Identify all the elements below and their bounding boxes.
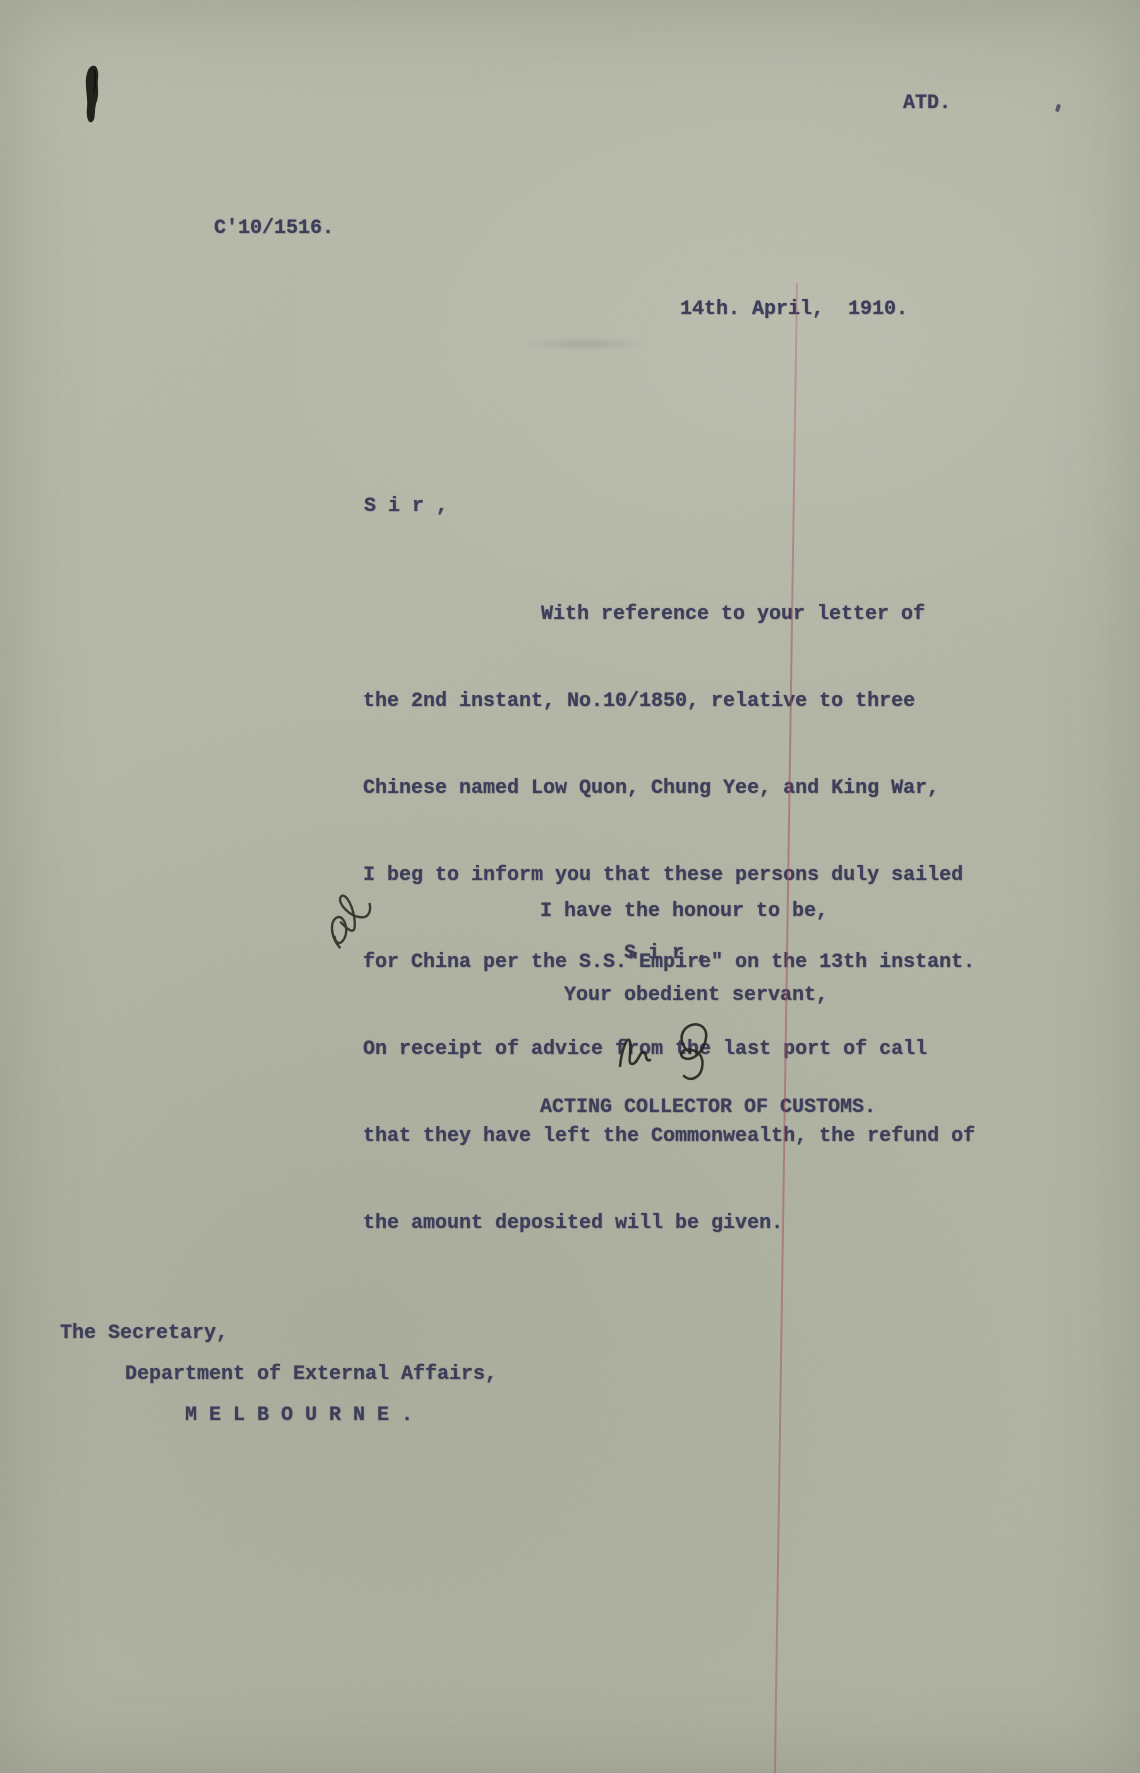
recipient-name: The Secretary, [60,1322,228,1345]
recipient-department: Department of External Affairs, [125,1363,497,1386]
body-line: Chinese named Low Quon, Chung Yee, and K… [363,768,975,809]
salutation: S i r , [364,495,448,518]
closing-honour-line: I have the honour to be, [540,900,828,923]
closing-sir-line: S i r , [624,942,708,965]
body-line: the amount deposited will be given. [363,1203,975,1244]
recipient-city: M E L B O U R N E . [185,1404,413,1427]
date-line: 14th. April, 1910. [680,298,908,321]
body-line: I beg to inform you that these persons d… [363,855,975,896]
body-line: the 2nd instant, No.10/1850, relative to… [363,681,975,722]
ink-blot [80,64,110,126]
stray-ink-dot [1055,104,1061,113]
signoff-title: ACTING COLLECTOR OF CUSTOMS. [540,1096,876,1119]
ink-smudge [520,336,650,352]
reference-number: C'10/1516. [214,217,334,240]
signature-handwriting [612,1008,742,1103]
letter-page: ATD. C'10/1516. 14th. April, 1910. S i r… [0,0,1140,1773]
body-line: that they have left the Commonwealth, th… [363,1116,975,1157]
closing-servant-line: Your obedient servant, [564,984,828,1007]
annotation-atd: ATD. [903,92,951,115]
body-line: With reference to your letter of [363,594,975,635]
